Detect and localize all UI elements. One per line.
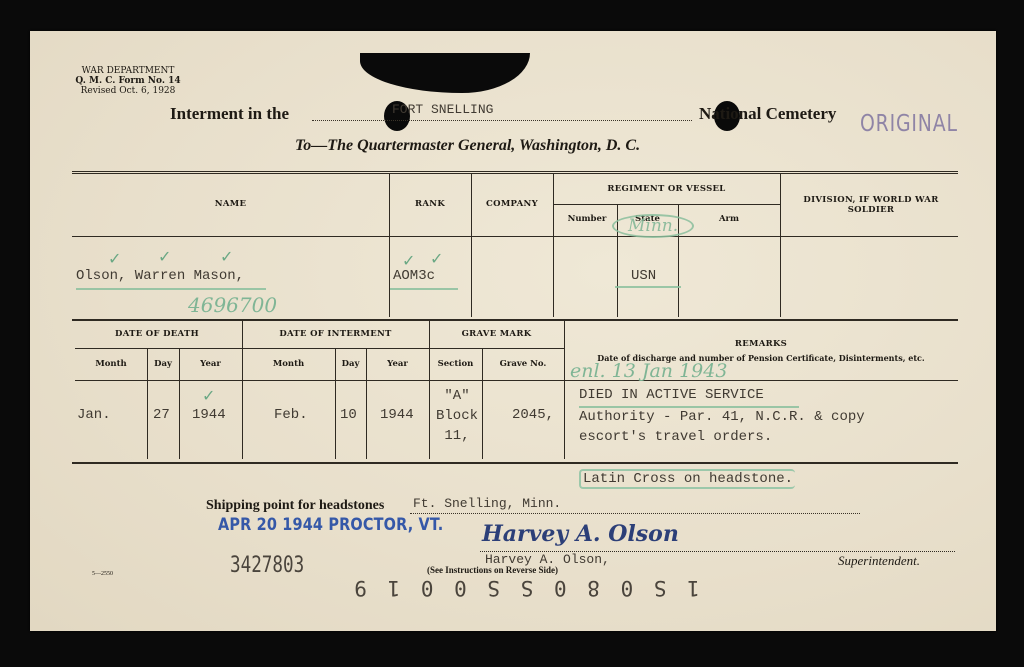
header-death-year: Year xyxy=(179,359,242,369)
addressee: To—The Quartermaster General, Washington… xyxy=(295,137,640,155)
check-mark-icon: ✓ xyxy=(220,247,233,266)
header-interment-month: Month xyxy=(242,359,335,369)
interment-day: 10 xyxy=(340,407,357,423)
instructions-note: (See Instructions on Reverse Side) xyxy=(427,565,558,575)
cemetery-name: FORT SNELLING xyxy=(392,102,493,117)
check-mark-icon: ✓ xyxy=(202,386,215,405)
header-remarks: REMARKS xyxy=(564,339,958,349)
header-date-of-interment: DATE OF INTERMENT xyxy=(242,329,429,339)
death-year: 1944 xyxy=(192,407,226,423)
grave-section: "A" Block 11, xyxy=(432,386,482,446)
title-suffix: National Cemetery xyxy=(699,104,836,124)
header-division: DIVISION, IF WORLD WAR SOLDIER xyxy=(786,195,956,215)
check-mark-icon: ✓ xyxy=(108,249,121,268)
remarks-line-1: DIED IN ACTIVE SERVICE xyxy=(579,387,764,403)
death-month: Jan. xyxy=(77,407,111,423)
header-regiment: REGIMENT OR VESSEL xyxy=(553,184,780,194)
print-code: 5—2550 xyxy=(92,571,113,577)
date-received-stamp: APR 20 1944 PROCTOR, VT. xyxy=(218,515,443,535)
form-number: Q. M. C. Form No. 14 xyxy=(68,76,188,86)
death-day: 27 xyxy=(153,407,170,423)
interment-month: Feb. xyxy=(274,407,308,423)
enlistment-handwritten: enl. 13 Jan 1943 xyxy=(570,360,727,382)
serial-number: 1 S 0 8 0 S S 0 0 1 9 xyxy=(345,576,705,600)
interment-card: WAR DEPARTMENT Q. M. C. Form No. 14 Revi… xyxy=(30,31,996,631)
header-death-month: Month xyxy=(75,359,147,369)
soldier-state: USN xyxy=(631,268,656,284)
table1-top-rule xyxy=(72,171,958,174)
remarks-line-3: escort's travel orders. xyxy=(579,429,772,445)
header-company: COMPANY xyxy=(471,199,553,209)
check-mark-icon: ✓ xyxy=(430,249,443,268)
check-mark-icon: ✓ xyxy=(158,247,171,266)
department-label: WAR DEPARTMENT xyxy=(68,66,188,76)
header-arm: Arm xyxy=(678,214,780,224)
table2-top-rule xyxy=(72,319,958,321)
stamp-number: 3427803 xyxy=(230,553,304,578)
shipping-value: Ft. Snelling, Minn. xyxy=(413,496,561,511)
header-name: NAME xyxy=(72,199,389,209)
headstone-note: Latin Cross on headstone. xyxy=(579,469,795,489)
shipping-field: Ft. Snelling, Minn. xyxy=(410,497,860,514)
remarks-line-2: Authority - Par. 41, N.C.R. & copy xyxy=(579,409,865,425)
form-header: WAR DEPARTMENT Q. M. C. Form No. 14 Revi… xyxy=(68,66,188,96)
service-number-handwritten: 4696700 xyxy=(188,293,277,317)
revised-date: Revised Oct. 6, 1928 xyxy=(68,86,188,96)
state-handwritten: Minn. xyxy=(612,214,694,238)
grave-number: 2045, xyxy=(512,407,554,423)
header-date-of-death: DATE OF DEATH xyxy=(72,329,242,339)
header-rank: RANK xyxy=(389,199,471,209)
header-interment-year: Year xyxy=(366,359,429,369)
header-grave-no: Grave No. xyxy=(482,359,564,369)
interment-year: 1944 xyxy=(380,407,414,423)
soldier-name: Olson, Warren Mason, xyxy=(76,268,244,284)
header-death-day: Day xyxy=(147,359,179,369)
soldier-rank: AOM3c xyxy=(393,268,435,284)
original-stamp: ORIGINAL xyxy=(860,111,958,137)
header-grave-mark: GRAVE MARK xyxy=(429,329,564,339)
title-prefix: Interment in the xyxy=(170,104,289,124)
cemetery-name-field: FORT SNELLING xyxy=(312,103,692,121)
torn-edge xyxy=(360,53,530,93)
check-mark-icon: ✓ xyxy=(402,251,415,270)
header-interment-day: Day xyxy=(335,359,366,369)
superintendent-title: Superintendent. xyxy=(838,553,920,569)
superintendent-signature: Harvey A. Olson xyxy=(482,521,679,547)
shipping-label: Shipping point for headstones xyxy=(206,498,384,514)
header-number: Number xyxy=(557,214,617,224)
header-section: Section xyxy=(429,359,482,369)
